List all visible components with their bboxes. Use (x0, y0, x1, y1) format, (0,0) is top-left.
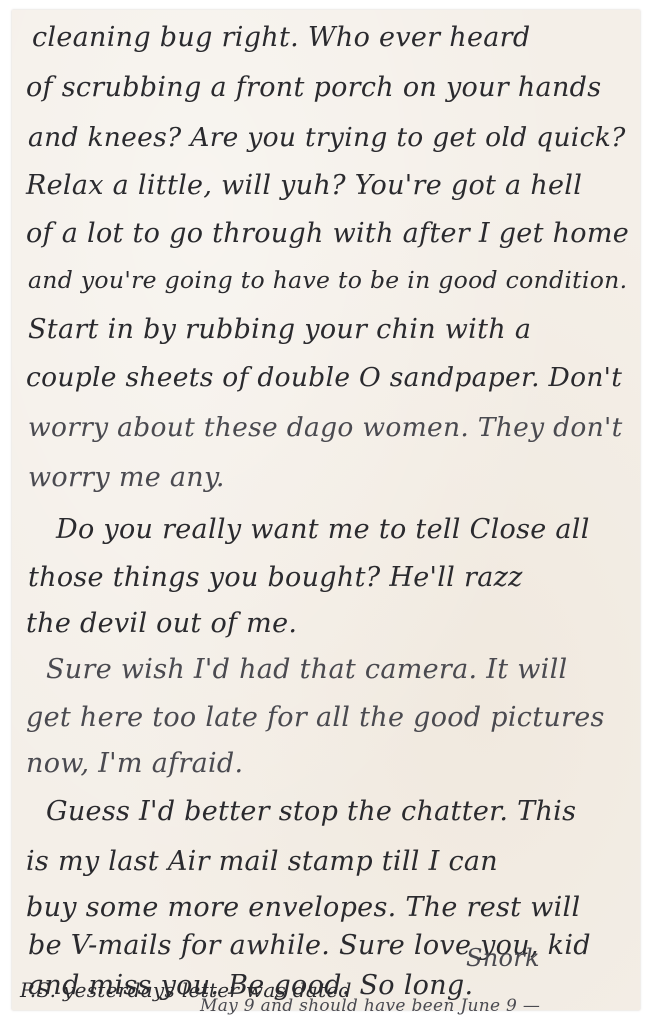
letter-line: worry about these dago women. They don't (28, 412, 623, 443)
letter-line: of a lot to go through with after I get … (26, 218, 629, 249)
letter-line: Guess I'd better stop the chatter. This (46, 796, 576, 827)
letter-line: cleaning bug right. Who ever heard (32, 22, 530, 53)
letter-line: Relax a little, will yuh? You're got a h… (26, 170, 582, 201)
letter-line: buy some more envelopes. The rest will (26, 892, 580, 923)
postscript-line-2: May 9 and should have been June 9 — (200, 996, 540, 1016)
letter-line: those things you bought? He'll razz (28, 562, 523, 593)
letter-line: worry me any. (28, 462, 225, 493)
letter-line: get here too late for all the good pictu… (26, 702, 605, 733)
letter-line: Do you really want me to tell Close all (56, 514, 590, 545)
letter-line: is my last Air mail stamp till I can (26, 846, 498, 877)
letter-line: of scrubbing a front porch on your hands (26, 72, 601, 103)
letter-line: Start in by rubbing your chin with a (28, 314, 531, 345)
letter-line: the devil out of me. (26, 608, 297, 639)
letter-line: and knees? Are you trying to get old qui… (28, 122, 626, 153)
signature: Snork (466, 944, 540, 972)
letter-line: now, I'm afraid. (26, 748, 243, 779)
letter-page: cleaning bug right. Who ever heard of sc… (12, 10, 640, 1010)
letter-line: and you're going to have to be in good c… (28, 266, 627, 294)
letter-line: Sure wish I'd had that camera. It will (46, 654, 568, 685)
letter-line: couple sheets of double O sandpaper. Don… (26, 362, 622, 393)
